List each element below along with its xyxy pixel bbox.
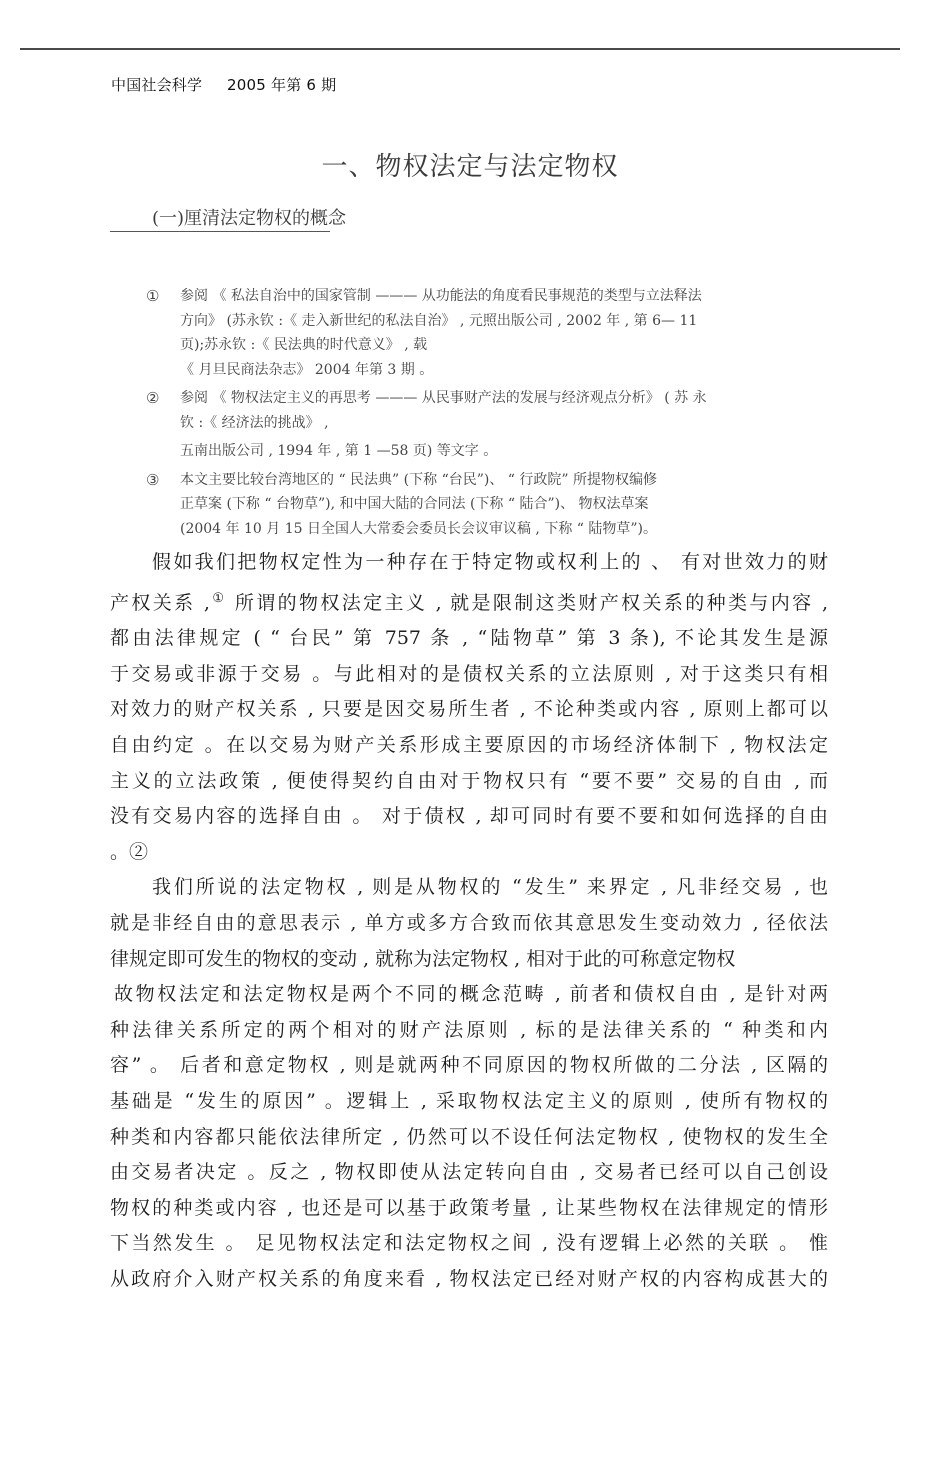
footnote-line: 本文主要比较台湾地区的 “ 民法典” (下称 “台民”)、 “ 行政院” 所提物…: [180, 468, 830, 493]
footnotes: ① 参阅 《 私法自治中的国家管制 ——— 从功能法的角度看民事规范的类型与立法…: [146, 284, 830, 545]
body-line: 主义的立法政策 , 便使得契约自由对于物权只有 “要不要” 交易的自由 , 而: [110, 764, 828, 800]
body-line: 产权关系 ,① 所谓的物权法定主义 , 就是限制这类财产权关系的种类与内容 ,: [110, 581, 828, 622]
subsection-underline: [110, 231, 330, 232]
footnote-line: 参阅 《 物权法定主义的再思考 ——— 从民事财产法的发展与经济观点分析》 ( …: [180, 386, 830, 411]
paragraph-1: 假如我们把物权定性为一种存在于特定物或权利上的 、 有对世效力的财 产权关系 ,…: [110, 545, 828, 870]
body-line: 自由约定 。在以交易为财产关系形成主要原因的市场经济体制下 , 物权法定: [110, 728, 828, 764]
body-line: 从政府介入财产权关系的角度来看 , 物权法定已经对财产权的内容构成甚大的: [110, 1262, 828, 1298]
body-text-span: 所谓的物权法定主义 , 就是限制这类财产权关系的种类与内容 ,: [226, 592, 828, 614]
body-line: 律规定即可发生的物权的变动 , 就称为法定物权 , 相对于此的可称意定物权: [110, 942, 828, 978]
footnote-line: 《 月旦民商法杂志》 2004 年第 3 期 。: [180, 358, 830, 383]
footnote-line: 参阅 《 私法自治中的国家管制 ——— 从功能法的角度看民事规范的类型与立法释法: [180, 284, 830, 309]
paragraph-2: 我们所说的法定物权 , 则是从物权的 “发生” 来界定 , 凡非经交易 , 也 …: [110, 870, 828, 1297]
body-line: 都由法律规定 ( “ 台民” 第 757 条 , “陆物草” 第 3 条), 不…: [110, 621, 828, 657]
running-head: 中国社会科学 2005 年第 6 期: [111, 74, 336, 95]
footnote-line: 钦 :《 经济法的挑战》 ,: [180, 411, 830, 436]
body-line: 没有交易内容的选择自由 。 对于债权 , 却可同时有要不要和如何选择的自由: [110, 799, 828, 835]
body-line: 故物权法定和法定物权是两个不同的概念范畴 , 前者和债权自由 , 是针对两: [110, 977, 828, 1013]
footnote-line: 方向》 (苏永钦 :《 走入新世纪的私法自治》 , 元照出版公司 , 2002 …: [180, 309, 830, 334]
footnote-line: (2004 年 10 月 15 日全国人大常委会委员长会议审议稿 , 下称 “ …: [180, 517, 830, 542]
footnote-3: ③ 本文主要比较台湾地区的 “ 民法典” (下称 “台民”)、 “ 行政院” 所…: [146, 468, 830, 542]
footnote-marker: ③: [146, 468, 180, 542]
footnote-line: 页);苏永钦 :《 民法典的时代意义》 , 载: [180, 333, 830, 358]
header-rule: [20, 48, 900, 50]
subsection-title: (一)厘清法定物权的概念: [152, 204, 346, 230]
footnote-1: ① 参阅 《 私法自治中的国家管制 ——— 从功能法的角度看民事规范的类型与立法…: [146, 284, 830, 382]
footnote-2: ② 参阅 《 物权法定主义的再思考 ——— 从民事财产法的发展与经济观点分析》 …: [146, 386, 830, 464]
body-line: 种类和内容都只能依法律所定 , 仍然可以不设任何法定物权 , 使物权的发生全: [110, 1120, 828, 1156]
body-line: 对效力的财产权关系 , 只要是因交易所生者 , 不论种类或内容 , 原则上都可以: [110, 692, 828, 728]
body-text-span: 产权关系 ,: [110, 592, 210, 614]
footnote-line: 五南出版公司 , 1994 年 , 第 1 —58 页) 等文字 。: [180, 439, 830, 464]
footnote-marker: ①: [146, 284, 180, 382]
body-line: 。②: [110, 835, 828, 871]
footnote-line: 正草案 (下称 “ 台物草”), 和中国大陆的合同法 (下称 “ 陆合”)、 物…: [180, 492, 830, 517]
issue-number: 2005 年第 6 期: [227, 76, 336, 94]
body-line: 由交易者决定 。反之 , 物权即使从法定转向自由 , 交易者已经可以自己创设: [110, 1155, 828, 1191]
body-line: 容” 。 后者和意定物权 , 则是就两种不同原因的物权所做的二分法 , 区隔的: [110, 1048, 828, 1084]
body-line: 种法律关系所定的两个相对的财产法原则 , 标的是法律关系的 “ 种类和内: [110, 1013, 828, 1049]
body-line: 物权的种类或内容 , 也还是可以基于政策考量 , 让某些物权在法律规定的情形: [110, 1191, 828, 1227]
journal-name: 中国社会科学: [111, 76, 202, 94]
body-line: 下当然发生 。 足见物权法定和法定物权之间 , 没有逻辑上必然的关联 。 惟: [110, 1226, 828, 1262]
footnote-marker: ②: [146, 386, 180, 464]
body-line: 基础是 “发生的原因” 。逻辑上 , 采取物权法定主义的原则 , 使所有物权的: [110, 1084, 828, 1120]
footnote-reference[interactable]: ①: [210, 591, 226, 606]
body-line: 于交易或非源于交易 。与此相对的是债权关系的立法原则 , 对于这类只有相: [110, 657, 828, 693]
body-line: 就是非经自由的意思表示 , 单方或多方合致而依其意思发生变动效力 , 径依法: [110, 906, 828, 942]
section-title: 一、物权法定与法定物权: [0, 146, 938, 183]
body-text: 假如我们把物权定性为一种存在于特定物或权利上的 、 有对世效力的财 产权关系 ,…: [110, 545, 828, 1297]
body-line: 我们所说的法定物权 , 则是从物权的 “发生” 来界定 , 凡非经交易 , 也: [110, 870, 828, 906]
body-line: 假如我们把物权定性为一种存在于特定物或权利上的 、 有对世效力的财: [110, 545, 828, 581]
